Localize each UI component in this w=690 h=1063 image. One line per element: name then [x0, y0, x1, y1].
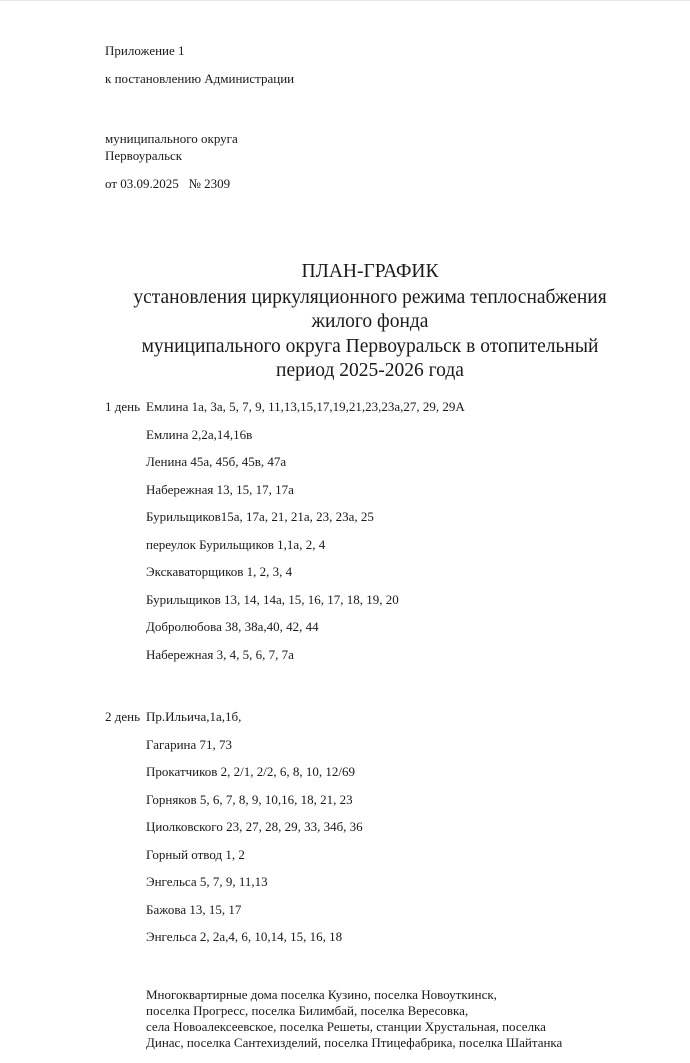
- address-entry: Набережная 13, 15, 17, 17а: [146, 482, 294, 497]
- address-entry: Циолковского 23, 27, 28, 29, 33, 34б, 36: [146, 819, 363, 834]
- address-entry: Бурильщиков 13, 14, 14а, 15, 16, 17, 18,…: [146, 592, 399, 607]
- address-entry: Пр.Ильича,1а,1б,: [146, 709, 241, 724]
- day-label: 2 день: [105, 709, 140, 724]
- address-entry: Набережная 3, 4, 5, 6, 7, 7а: [146, 647, 294, 662]
- paragraph-line: Динас, поселка Сантехизделий, поселка Пт…: [146, 1035, 562, 1051]
- title-line: муниципального округа Первоуральск в ото…: [100, 335, 640, 358]
- paragraph-line: поселка Прогресс, поселка Билимбай, посе…: [146, 1003, 562, 1019]
- address-entry: Экскаваторщиков 1, 2, 3, 4: [146, 564, 292, 579]
- title-line: жилого фонда: [100, 310, 640, 333]
- address-entry: Бурильщиков15а, 17а, 21, 21а, 23, 23а, 2…: [146, 509, 374, 524]
- day-label: 1 день: [105, 399, 140, 414]
- address-entry: Ленина 45а, 45б, 45в, 47а: [146, 454, 286, 469]
- address-entry: переулок Бурильщиков 1,1а, 2, 4: [146, 537, 325, 552]
- address-entry: Прокатчиков 2, 2/1, 2/2, 6, 8, 10, 12/69: [146, 764, 355, 779]
- address-entry: Емлина 2,2а,14,16в: [146, 427, 252, 442]
- address-entry: Емлина 1а, 3а, 5, 7, 9, 11,13,15,17,19,2…: [146, 399, 465, 414]
- paragraph-line: Многоквартирные дома поселка Кузино, пос…: [146, 987, 562, 1003]
- date-number: от 03.09.2025 № 2309: [105, 176, 230, 191]
- address-entry: Горный отвод 1, 2: [146, 847, 245, 862]
- address-entry: Добролюбова 38, 38а,40, 42, 44: [146, 619, 319, 634]
- address-entry: Гагарина 71, 73: [146, 737, 232, 752]
- address-entry: Горняков 5, 6, 7, 8, 9, 10,16, 18, 21, 2…: [146, 792, 353, 807]
- settlements-paragraph: Многоквартирные дома поселка Кузино, пос…: [146, 987, 562, 1051]
- appendix-label: Приложение 1: [105, 43, 185, 58]
- page-top-edge: [0, 0, 690, 1]
- municipality-line1: муниципального округа: [105, 131, 238, 146]
- address-entry: Энгельса 5, 7, 9, 11,13: [146, 874, 268, 889]
- resolution-label: к постановлению Администрации: [105, 71, 294, 86]
- address-entry: Энгельса 2, 2а,4, 6, 10,14, 15, 16, 18: [146, 929, 342, 944]
- paragraph-line: села Новоалексеевское, поселка Решеты, с…: [146, 1019, 562, 1035]
- address-entry: Бажова 13, 15, 17: [146, 902, 241, 917]
- municipality-line2: Первоуральск: [105, 148, 182, 163]
- title-line: установления циркуляционного режима тепл…: [100, 286, 640, 309]
- title-line: ПЛАН-ГРАФИК: [100, 260, 640, 283]
- title-line: период 2025-2026 года: [100, 359, 640, 382]
